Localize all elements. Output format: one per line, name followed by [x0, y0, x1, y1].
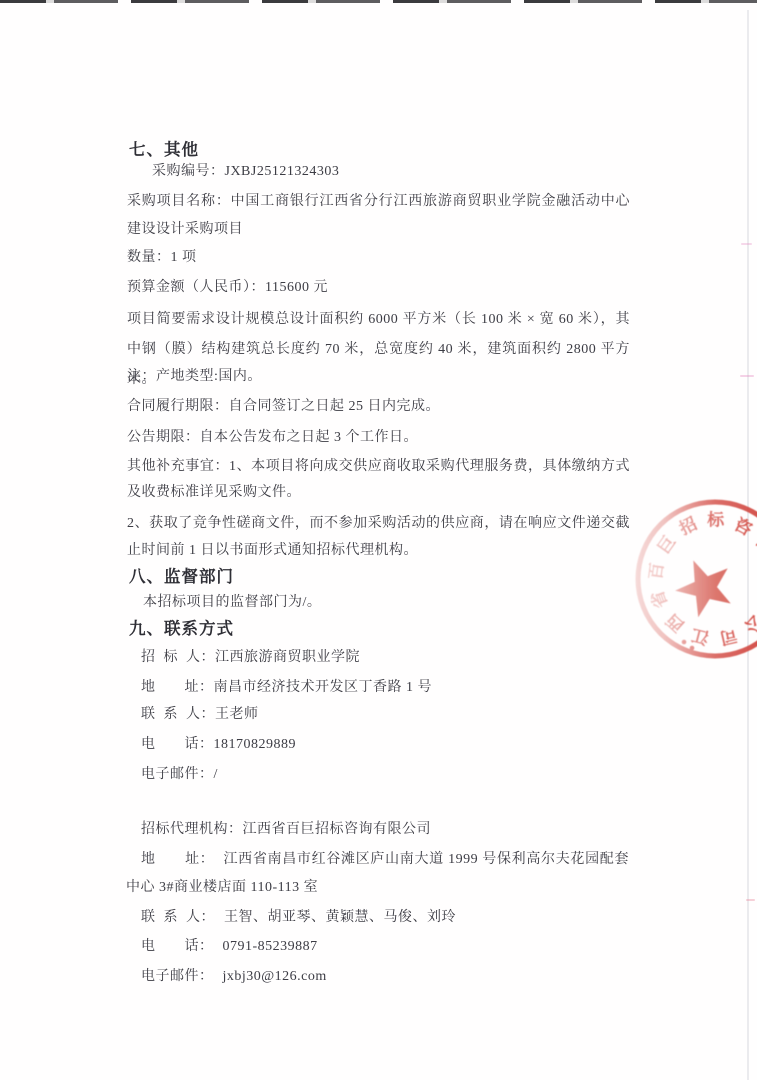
agency-name-value: 江西省百巨招标咨询有限公司 — [243, 822, 432, 837]
tenderer-email-value: / — [214, 767, 218, 782]
svg-text:司: 司 — [718, 625, 739, 647]
section-heading-contact: 九、联系方式 — [129, 619, 234, 639]
scan-ink-smudge — [741, 243, 752, 245]
seal-ring — [638, 502, 757, 656]
scan-artifact-top-strip — [0, 0, 757, 3]
origin-note-line: 注：产地类型:国内。 — [127, 367, 262, 387]
agency-contact-person-value: 王智、胡亚琴、黄颖慧、马俊、刘玲 — [224, 910, 456, 925]
tenderer-address-label: 地 址： — [141, 680, 214, 695]
agency-email-value: jxbj30@126.com — [223, 969, 327, 984]
tenderer-email-label: 电子邮件： — [141, 767, 214, 782]
procurement-number-line: 采购编号：JXBJ25121324303 — [152, 162, 339, 182]
agency-name-row: 招标代理机构：江西省百巨招标咨询有限公司 — [141, 820, 431, 840]
agency-address-row: 地 址：江西省南昌市红谷滩区庐山南大道 1999 号保利高尔夫花园配套中心 3#… — [126, 846, 629, 902]
svg-text:百: 百 — [646, 561, 667, 580]
svg-text:招: 招 — [675, 513, 700, 539]
project-name-paragraph: 采购项目名称：中国工商银行江西省分行江西旅游商贸职业学院金融活动中心建设设计采购… — [127, 188, 630, 244]
tenderer-address-value: 南昌市经济技术开发区丁香路 1 号 — [214, 680, 433, 695]
supplement-1-paragraph: 其他补充事宜：1、本项目将向成交供应商收取采购代理服务费，具体缴纳方式及收费标准… — [127, 454, 630, 506]
tenderer-contact-person-row: 联 系 人：王老师 — [141, 705, 259, 725]
svg-text:西: 西 — [663, 610, 688, 635]
tenderer-name-row: 招 标 人：江西旅游商贸职业学院 — [141, 648, 360, 668]
agency-phone-value: 0791-85239887 — [223, 939, 318, 954]
svg-text:询: 询 — [751, 533, 757, 558]
agency-address-label: 地 址： — [141, 852, 214, 867]
svg-text:咨: 咨 — [731, 514, 755, 540]
tenderer-contact-person-label: 联 系 人： — [141, 707, 215, 722]
agency-contact-person-label: 联 系 人： — [141, 910, 215, 925]
star-icon — [673, 557, 732, 619]
contract-period-line: 合同履行期限：自合同签订之日起 25 日内完成。 — [127, 397, 440, 417]
tenderer-phone-row: 电 话：18170829889 — [141, 735, 296, 755]
agency-name-label: 招标代理机构： — [141, 822, 243, 837]
scan-page-edge-line — [747, 10, 749, 1080]
supplement-2-paragraph: 2、获取了竞争性磋商文件，而不参加采购活动的供应商，请在响应文件递交截止时间前 … — [127, 510, 630, 564]
tenderer-phone-label: 电 话： — [141, 737, 214, 752]
announcement-period-line: 公告期限：自本公告发布之日起 3 个工作日。 — [127, 428, 418, 448]
agency-email-label: 电子邮件： — [141, 969, 214, 984]
seal-code-dot — [682, 640, 687, 645]
svg-text:标: 标 — [706, 509, 725, 529]
document-page: 七、其他 采购编号：JXBJ25121324303 采购项目名称：中国工商银行江… — [0, 0, 757, 1080]
svg-text:巨: 巨 — [653, 532, 679, 557]
tenderer-phone-value: 18170829889 — [214, 737, 297, 752]
agency-email-row: 电子邮件：jxbj30@126.com — [141, 967, 327, 987]
agency-contact-person-row: 联 系 人：王智、胡亚琴、黄颖慧、马俊、刘玲 — [141, 908, 456, 928]
section-heading-other: 七、其他 — [129, 140, 199, 160]
agency-phone-row: 电 话：0791-85239887 — [141, 937, 318, 957]
seal-code-dot — [690, 646, 695, 651]
scan-ink-smudge — [740, 375, 754, 377]
tenderer-name-value: 江西旅游商贸职业学院 — [215, 650, 360, 665]
agency-phone-label: 电 话： — [141, 939, 214, 954]
tenderer-address-row: 地 址：南昌市经济技术开发区丁香路 1 号 — [141, 678, 432, 698]
tenderer-contact-person-value: 王老师 — [215, 707, 259, 722]
section-heading-supervision: 八、监督部门 — [129, 567, 234, 587]
quantity-line: 数量：1 项 — [127, 248, 197, 268]
budget-line: 预算金额（人民币）：115600 元 — [127, 278, 328, 298]
svg-text:省: 省 — [647, 588, 672, 611]
scan-ink-smudge — [746, 899, 755, 901]
svg-text:江: 江 — [689, 625, 711, 648]
seal-ring-text: 江西省百巨招标咨询有限公司 — [646, 509, 757, 647]
supervision-body-line: 本招标项目的监督部门为/。 — [143, 593, 321, 613]
tenderer-name-label: 招 标 人： — [141, 650, 215, 665]
tenderer-email-row: 电子邮件：/ — [141, 765, 218, 785]
